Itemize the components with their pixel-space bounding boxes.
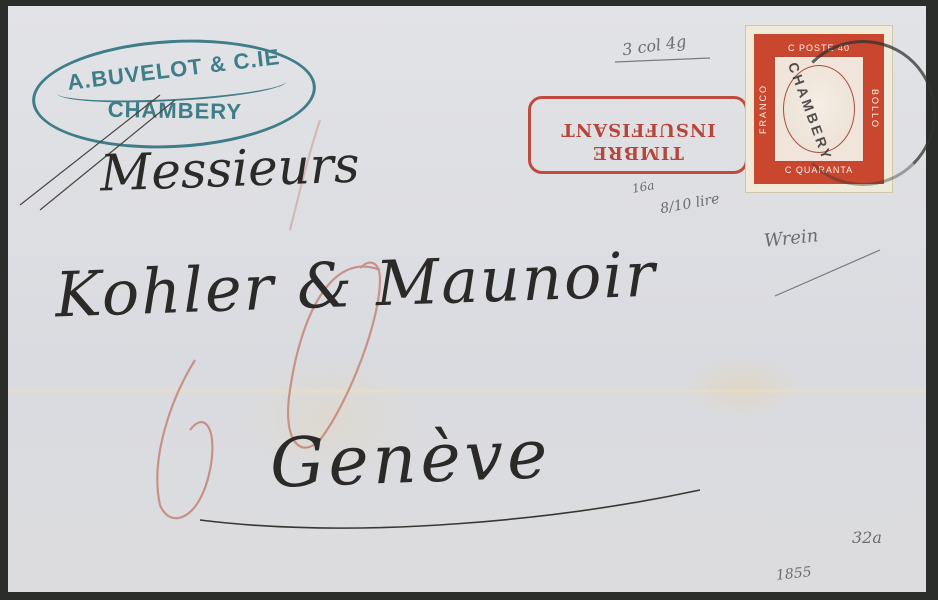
address-salutation: Messieurs	[99, 135, 360, 202]
pencil-catalog-number: 32a	[852, 528, 882, 547]
address-city: Genève	[269, 415, 553, 504]
